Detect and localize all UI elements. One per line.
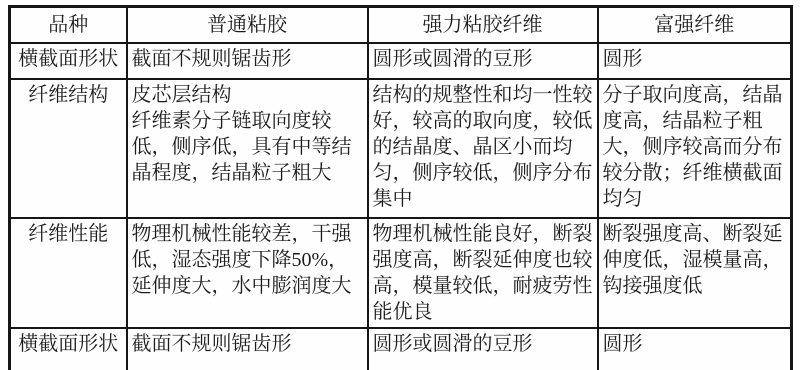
table-cell: 截面不规则锯齿形 bbox=[127, 43, 368, 79]
table-row-fiber-properties: 纤维性能 物理机械性能较差，干强低，湿态强度下降50%，延伸度大，水中膨润度大 … bbox=[10, 218, 792, 328]
table-cell: 截面不规则锯齿形 bbox=[127, 328, 368, 370]
document-page: 品种 普通粘胶 强力粘胶纤维 富强纤维 横截面形状 截面不规则锯齿形 圆形或圆滑… bbox=[0, 0, 800, 370]
table-cell: 圆形 bbox=[598, 328, 792, 370]
table-row-cross-section-shape-bottom: 横截面形状 截面不规则锯齿形 圆形或圆滑的豆形 圆形 bbox=[10, 328, 792, 370]
table-cell: 结构的规整性和均一性较好，较高的取向度，较低的结晶度、晶区小而均匀，侧序较低，侧… bbox=[368, 79, 598, 218]
row-label: 横截面形状 bbox=[10, 43, 127, 79]
table-cell: 物理机械性能良好，断裂强度高，断裂延伸度也较高，模量较低，耐疲劳性能优良 bbox=[368, 218, 598, 328]
table-cell: 断裂强度高、断裂延伸度低，湿模量高，钩接强度低 bbox=[598, 218, 792, 328]
header-cell-polynosic: 富强纤维 bbox=[598, 7, 792, 44]
table-cell: 分子取向度高，结晶度高，结晶粒子粗大，侧序较高而分布较分散；纤维横截面均匀 bbox=[598, 79, 792, 218]
table-row-cross-section-shape: 横截面形状 截面不规则锯齿形 圆形或圆滑的豆形 圆形 bbox=[10, 43, 792, 79]
header-cell-strong-viscose: 强力粘胶纤维 bbox=[368, 7, 598, 44]
table-cell: 物理机械性能较差，干强低，湿态强度下降50%，延伸度大，水中膨润度大 bbox=[127, 218, 368, 328]
table-cell: 圆形或圆滑的豆形 bbox=[368, 43, 598, 79]
table-row-fiber-structure: 纤维结构 皮芯层结构 纤维素分子链取向度较低，侧序低，具有中等结晶程度，结晶粒子… bbox=[10, 79, 792, 218]
row-label: 纤维性能 bbox=[10, 218, 127, 328]
row-label: 纤维结构 bbox=[10, 79, 127, 218]
header-row: 品种 普通粘胶 强力粘胶纤维 富强纤维 bbox=[10, 7, 792, 44]
table-cell: 圆形或圆滑的豆形 bbox=[368, 328, 598, 370]
header-cell-ordinary-viscose: 普通粘胶 bbox=[127, 7, 368, 44]
row-label: 横截面形状 bbox=[10, 328, 127, 370]
header-cell-variety: 品种 bbox=[10, 7, 127, 44]
table-cell: 圆形 bbox=[598, 43, 792, 79]
table-cell: 皮芯层结构 纤维素分子链取向度较低，侧序低，具有中等结晶程度，结晶粒子粗大 bbox=[127, 79, 368, 218]
fiber-comparison-table: 品种 普通粘胶 强力粘胶纤维 富强纤维 横截面形状 截面不规则锯齿形 圆形或圆滑… bbox=[8, 5, 793, 370]
